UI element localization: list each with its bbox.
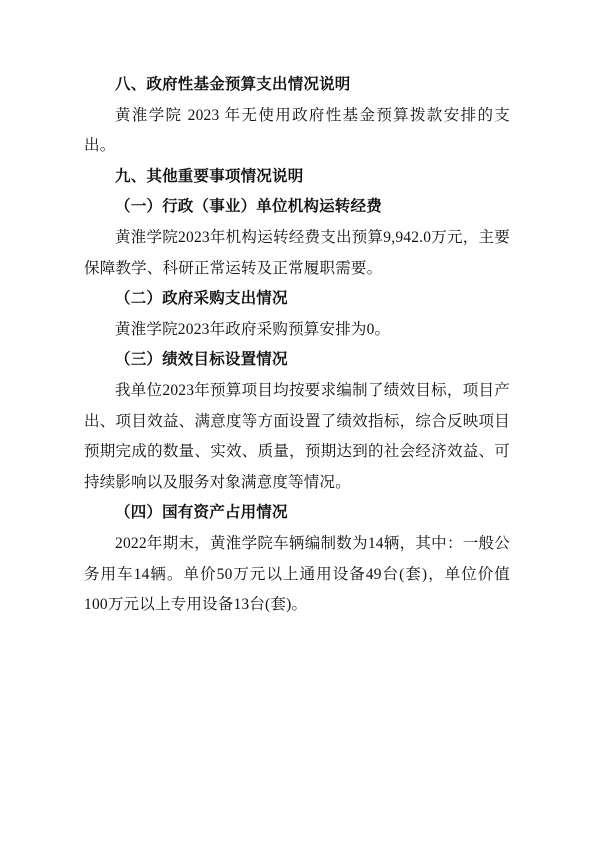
heading-performance-goals: （三）绩效目标设置情况 bbox=[84, 345, 510, 376]
heading-gov-procurement: （二）政府采购支出情况 bbox=[84, 284, 510, 315]
heading-admin-operating-funds: （一）行政（事业）单位机构运转经费 bbox=[84, 192, 510, 223]
para-gov-procurement: 黄淮学院2023年政府采购预算安排为0。 bbox=[84, 315, 510, 346]
para-operating-funds: 黄淮学院2023年机构运转经费支出预算9,942.0万元，主要保障教学、科研正常… bbox=[84, 223, 510, 284]
para-state-assets: 2022年期末，黄淮学院车辆编制数为14辆，其中：一般公务用车14辆。单价50万… bbox=[84, 529, 510, 621]
heading-other-important-matters: 九、其他重要事项情况说明 bbox=[84, 162, 510, 193]
heading-state-assets: （四）国有资产占用情况 bbox=[84, 498, 510, 529]
para-performance-goals: 我单位2023年预算项目均按要求编制了绩效目标，项目产出、项目效益、满意度等方面… bbox=[84, 376, 510, 498]
heading-gov-fund-budget-expenditure: 八、政府性基金预算支出情况说明 bbox=[84, 70, 510, 101]
document-page: 八、政府性基金预算支出情况说明 黄淮学院 2023 年无使用政府性基金预算拨款安… bbox=[0, 0, 595, 842]
para-gov-fund-budget: 黄淮学院 2023 年无使用政府性基金预算拨款安排的支出。 bbox=[84, 101, 510, 162]
